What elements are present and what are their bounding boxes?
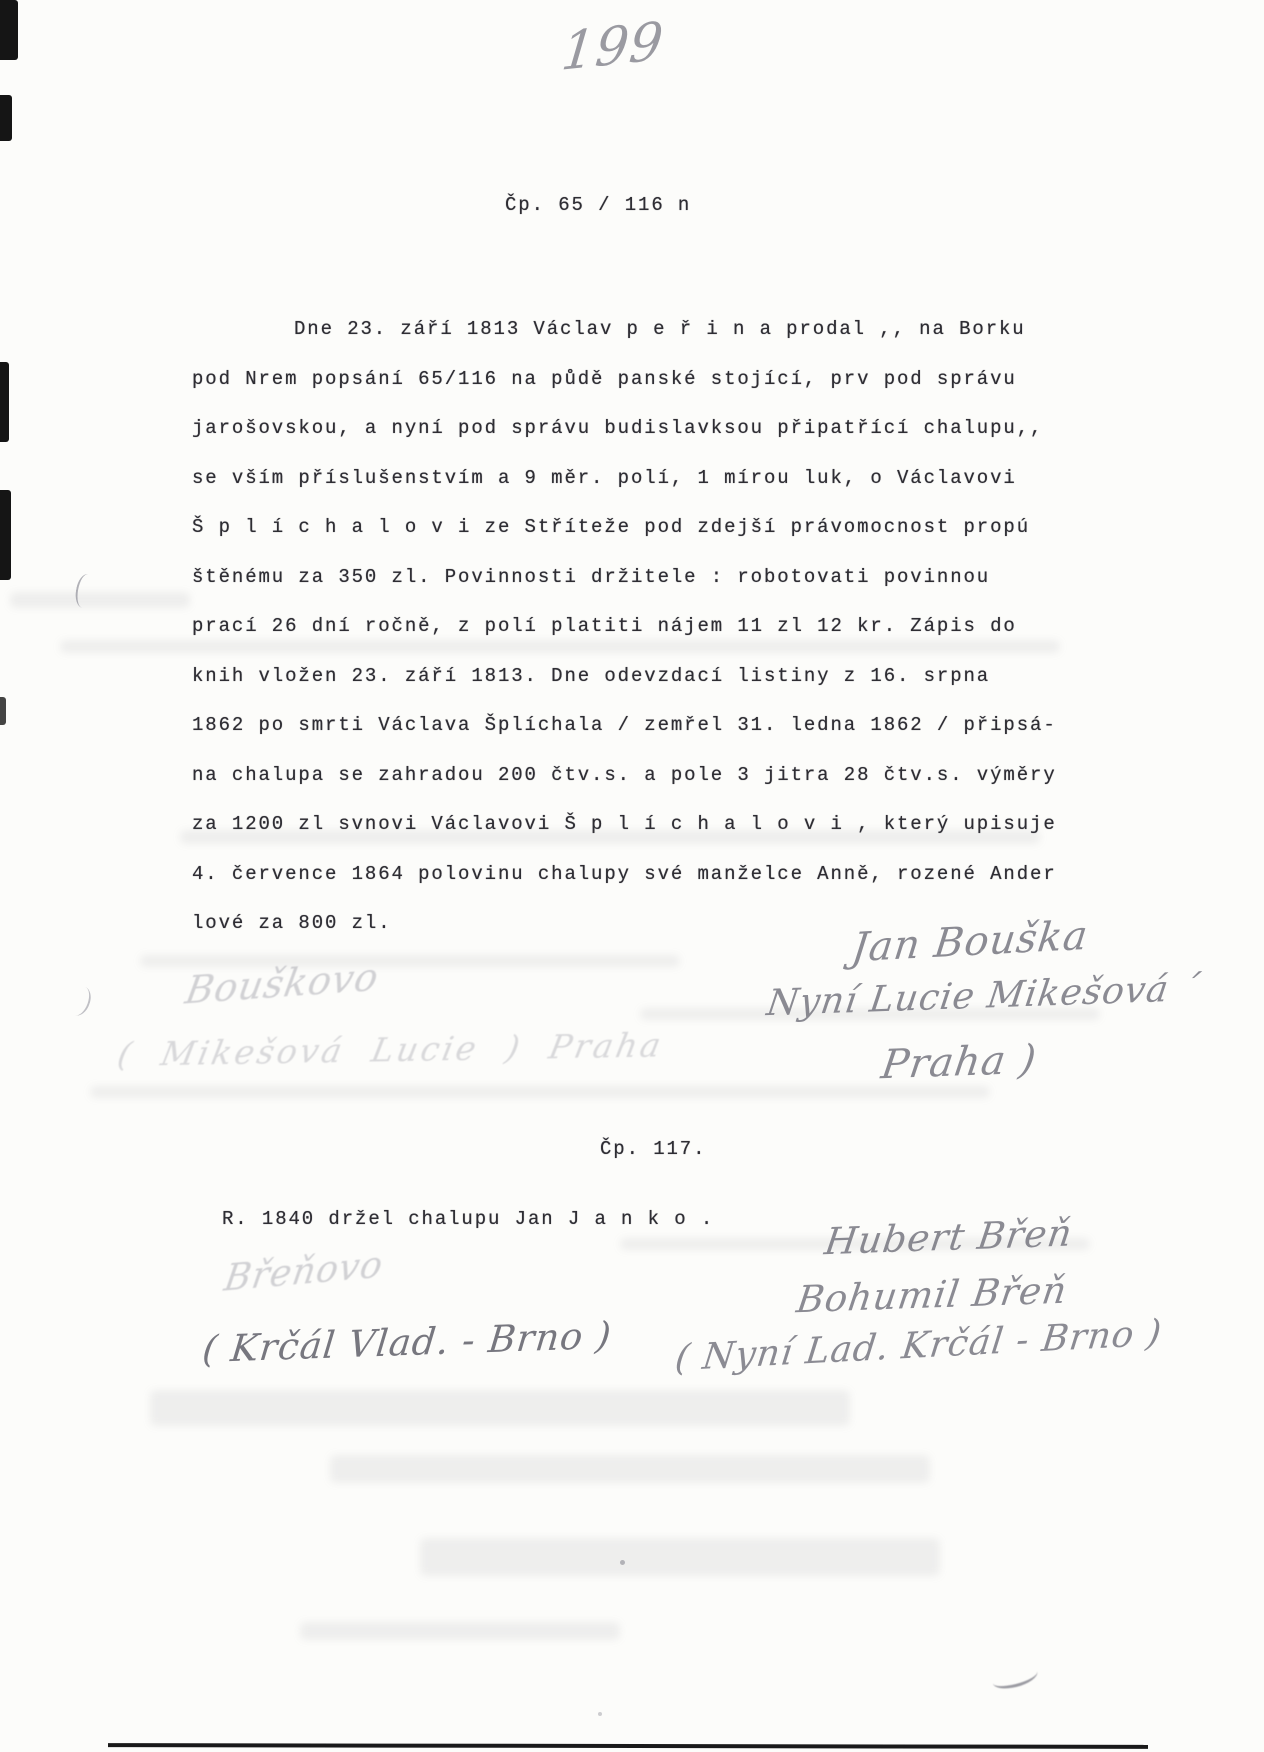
annotation-mikesova-lucie-praha-faint: ( Mikešová Lucie ) Praha (114, 1025, 667, 1074)
bleedthrough (180, 830, 1040, 844)
annotation-brenovo-faint: Břeňovo (221, 1244, 386, 1300)
section2-body-line: R. 1840 držel chalupu Jan J a n k o . (222, 1208, 714, 1230)
annotation-praha: Praha ) (878, 1037, 1039, 1089)
paragraph-line: jarošovskou, a nyní pod správu budislavk… (192, 417, 1072, 467)
bleedthrough (620, 1238, 1090, 1250)
bleedthrough (300, 1622, 620, 1640)
pencil-dot (598, 1712, 602, 1716)
bleedthrough (420, 1538, 940, 1576)
section2-heading: Čp. 117. (600, 1138, 706, 1160)
paragraph-line: Dne 23. září 1813 Václav p e ř i n a pro… (192, 318, 1072, 368)
bleedthrough (60, 640, 1060, 653)
pencil-smudge (990, 1663, 1039, 1693)
scan-bottom-line (108, 1743, 1148, 1749)
scan-edge-mark (0, 0, 18, 60)
bleedthrough (150, 1390, 850, 1426)
handwritten-page-number: 199 (559, 11, 667, 83)
scan-edge-mark (0, 362, 9, 442)
pencil-mark (65, 983, 94, 1018)
scan-edge-mark (0, 490, 11, 580)
bleedthrough (330, 1455, 930, 1483)
paragraph-line: 1862 po smrti Václava Šplíchala / zemřel… (192, 714, 1072, 764)
annotation-krcal-vlad-brno: ( Krčál Vlad. - Brno ) (200, 1314, 613, 1371)
scan-edge-mark (0, 697, 6, 725)
bleedthrough (140, 955, 680, 967)
annotation-bohumil-bren: Bohumil Břeň (794, 1269, 1070, 1322)
section1-heading: Čp. 65 / 116 n (505, 194, 691, 216)
bleedthrough (640, 1008, 1100, 1020)
bleedthrough (10, 592, 190, 608)
bleedthrough (90, 1086, 990, 1098)
paragraph-line: 4. července 1864 polovinu chalupy své ma… (192, 863, 1072, 913)
document-page: 199 Čp. 65 / 116 n Dne 23. září 1813 Vác… (0, 0, 1264, 1752)
paragraph-line: se vším příslušenstvím a 9 měr. polí, 1 … (192, 467, 1072, 517)
annotation-nyni-lad-krcal-brno: ( Nyní Lad. Krčál - Brno ) (673, 1313, 1164, 1380)
scan-edge-mark (0, 95, 12, 141)
paragraph-line: pod Nrem popsání 65/116 na půdě panské s… (192, 368, 1072, 418)
paragraph-line: Š p l í c h a l o v i ze Stříteže pod zd… (192, 516, 1072, 566)
paragraph-line: na chalupa se zahradou 200 čtv.s. a pole… (192, 764, 1072, 814)
paragraph-line: knih vložen 23. září 1813. Dne odevzdací… (192, 665, 1072, 715)
paragraph-line: štěnému za 350 zl. Povinnosti držitele :… (192, 566, 1072, 616)
